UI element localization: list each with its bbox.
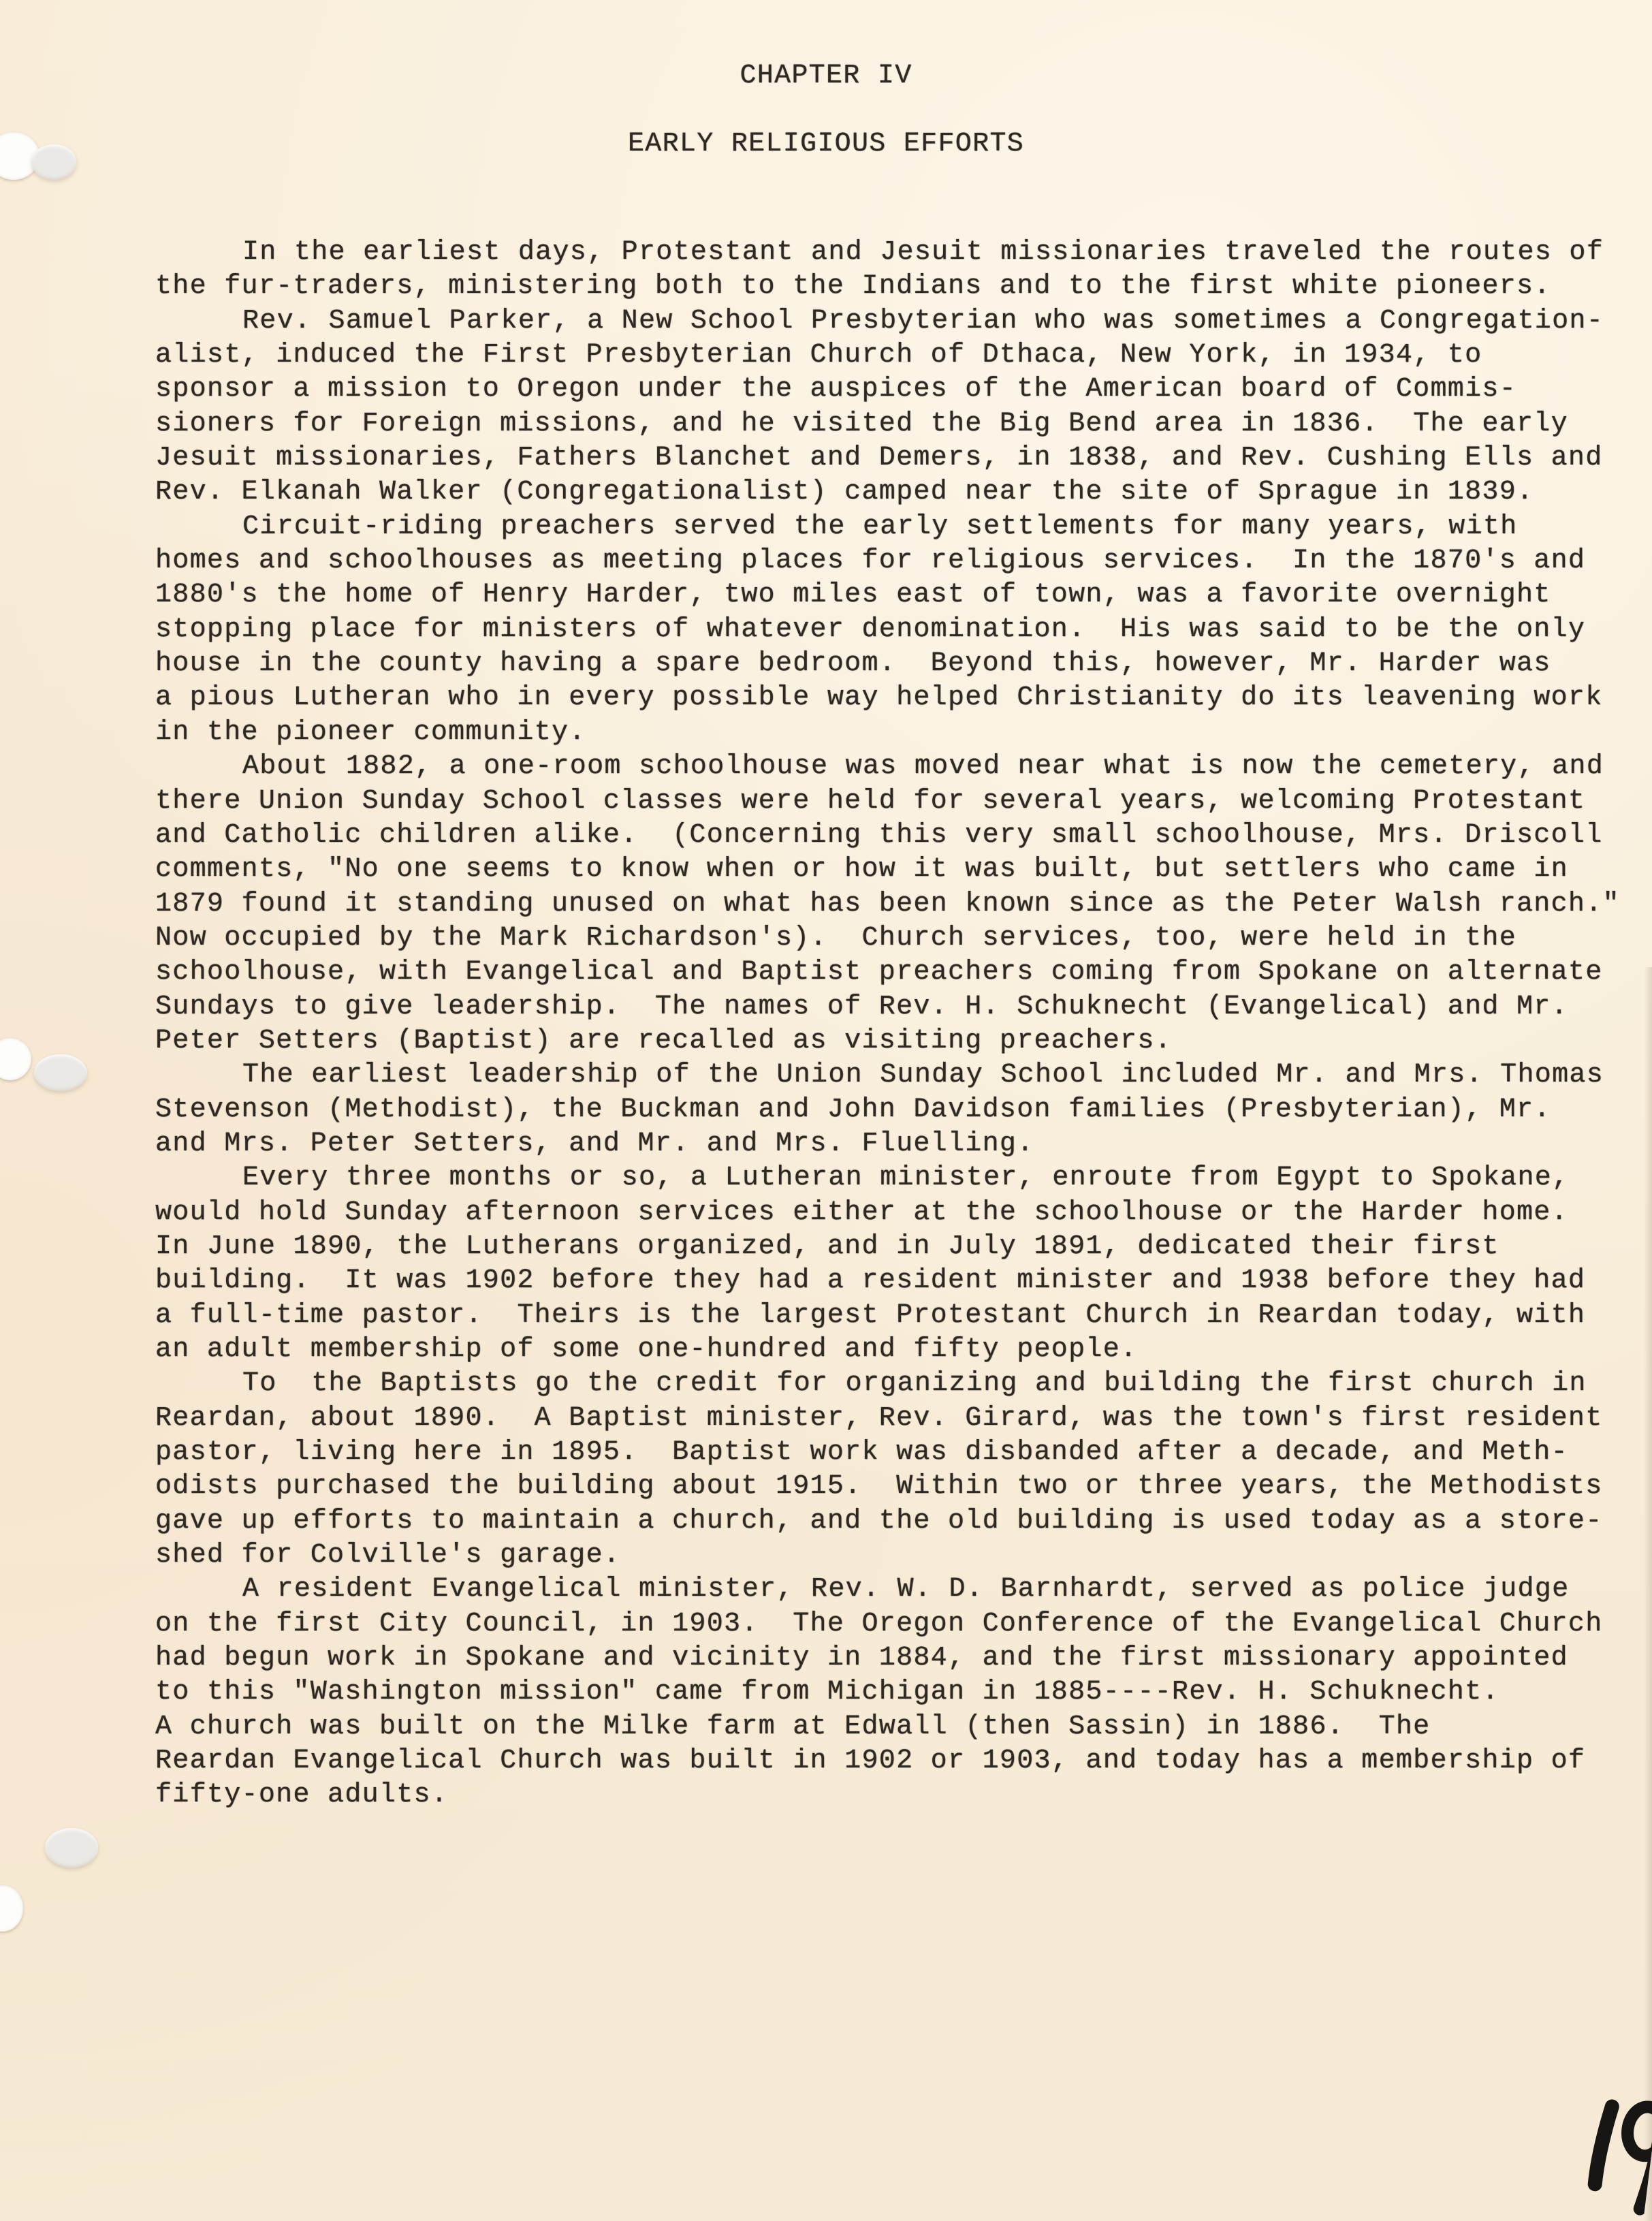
paragraph: The earliest leadership of the Union Sun… <box>155 1058 1633 1161</box>
paragraph: To the Baptists go the credit for organi… <box>155 1367 1633 1573</box>
hole-punch <box>0 1885 23 1932</box>
chapter-title: CHAPTER IV <box>0 59 1652 93</box>
hole-punch <box>0 1038 31 1080</box>
page-edge-shadow <box>1644 967 1652 2221</box>
paragraph: Rev. Samuel Parker, a New School Presbyt… <box>155 304 1633 510</box>
hole-punch <box>45 1828 98 1868</box>
scanned-typewritten-page: CHAPTER IV EARLY RELIGIOUS EFFORTS In th… <box>0 0 1652 2221</box>
handwritten-page-number <box>1570 2072 1652 2221</box>
document-body: In the earliest days, Protestant and Jes… <box>155 236 1633 1813</box>
paragraph: A resident Evangelical minister, Rev. W.… <box>155 1573 1633 1812</box>
paragraph: About 1882, a one-room schoolhouse was m… <box>155 750 1633 1058</box>
paragraph: Circuit-riding preachers served the earl… <box>155 510 1633 750</box>
hole-punch <box>34 1054 87 1091</box>
paragraph: In the earliest days, Protestant and Jes… <box>155 236 1633 304</box>
paragraph: Every three months or so, a Lutheran min… <box>155 1161 1633 1367</box>
chapter-subtitle: EARLY RELIGIOUS EFFORTS <box>0 127 1652 161</box>
